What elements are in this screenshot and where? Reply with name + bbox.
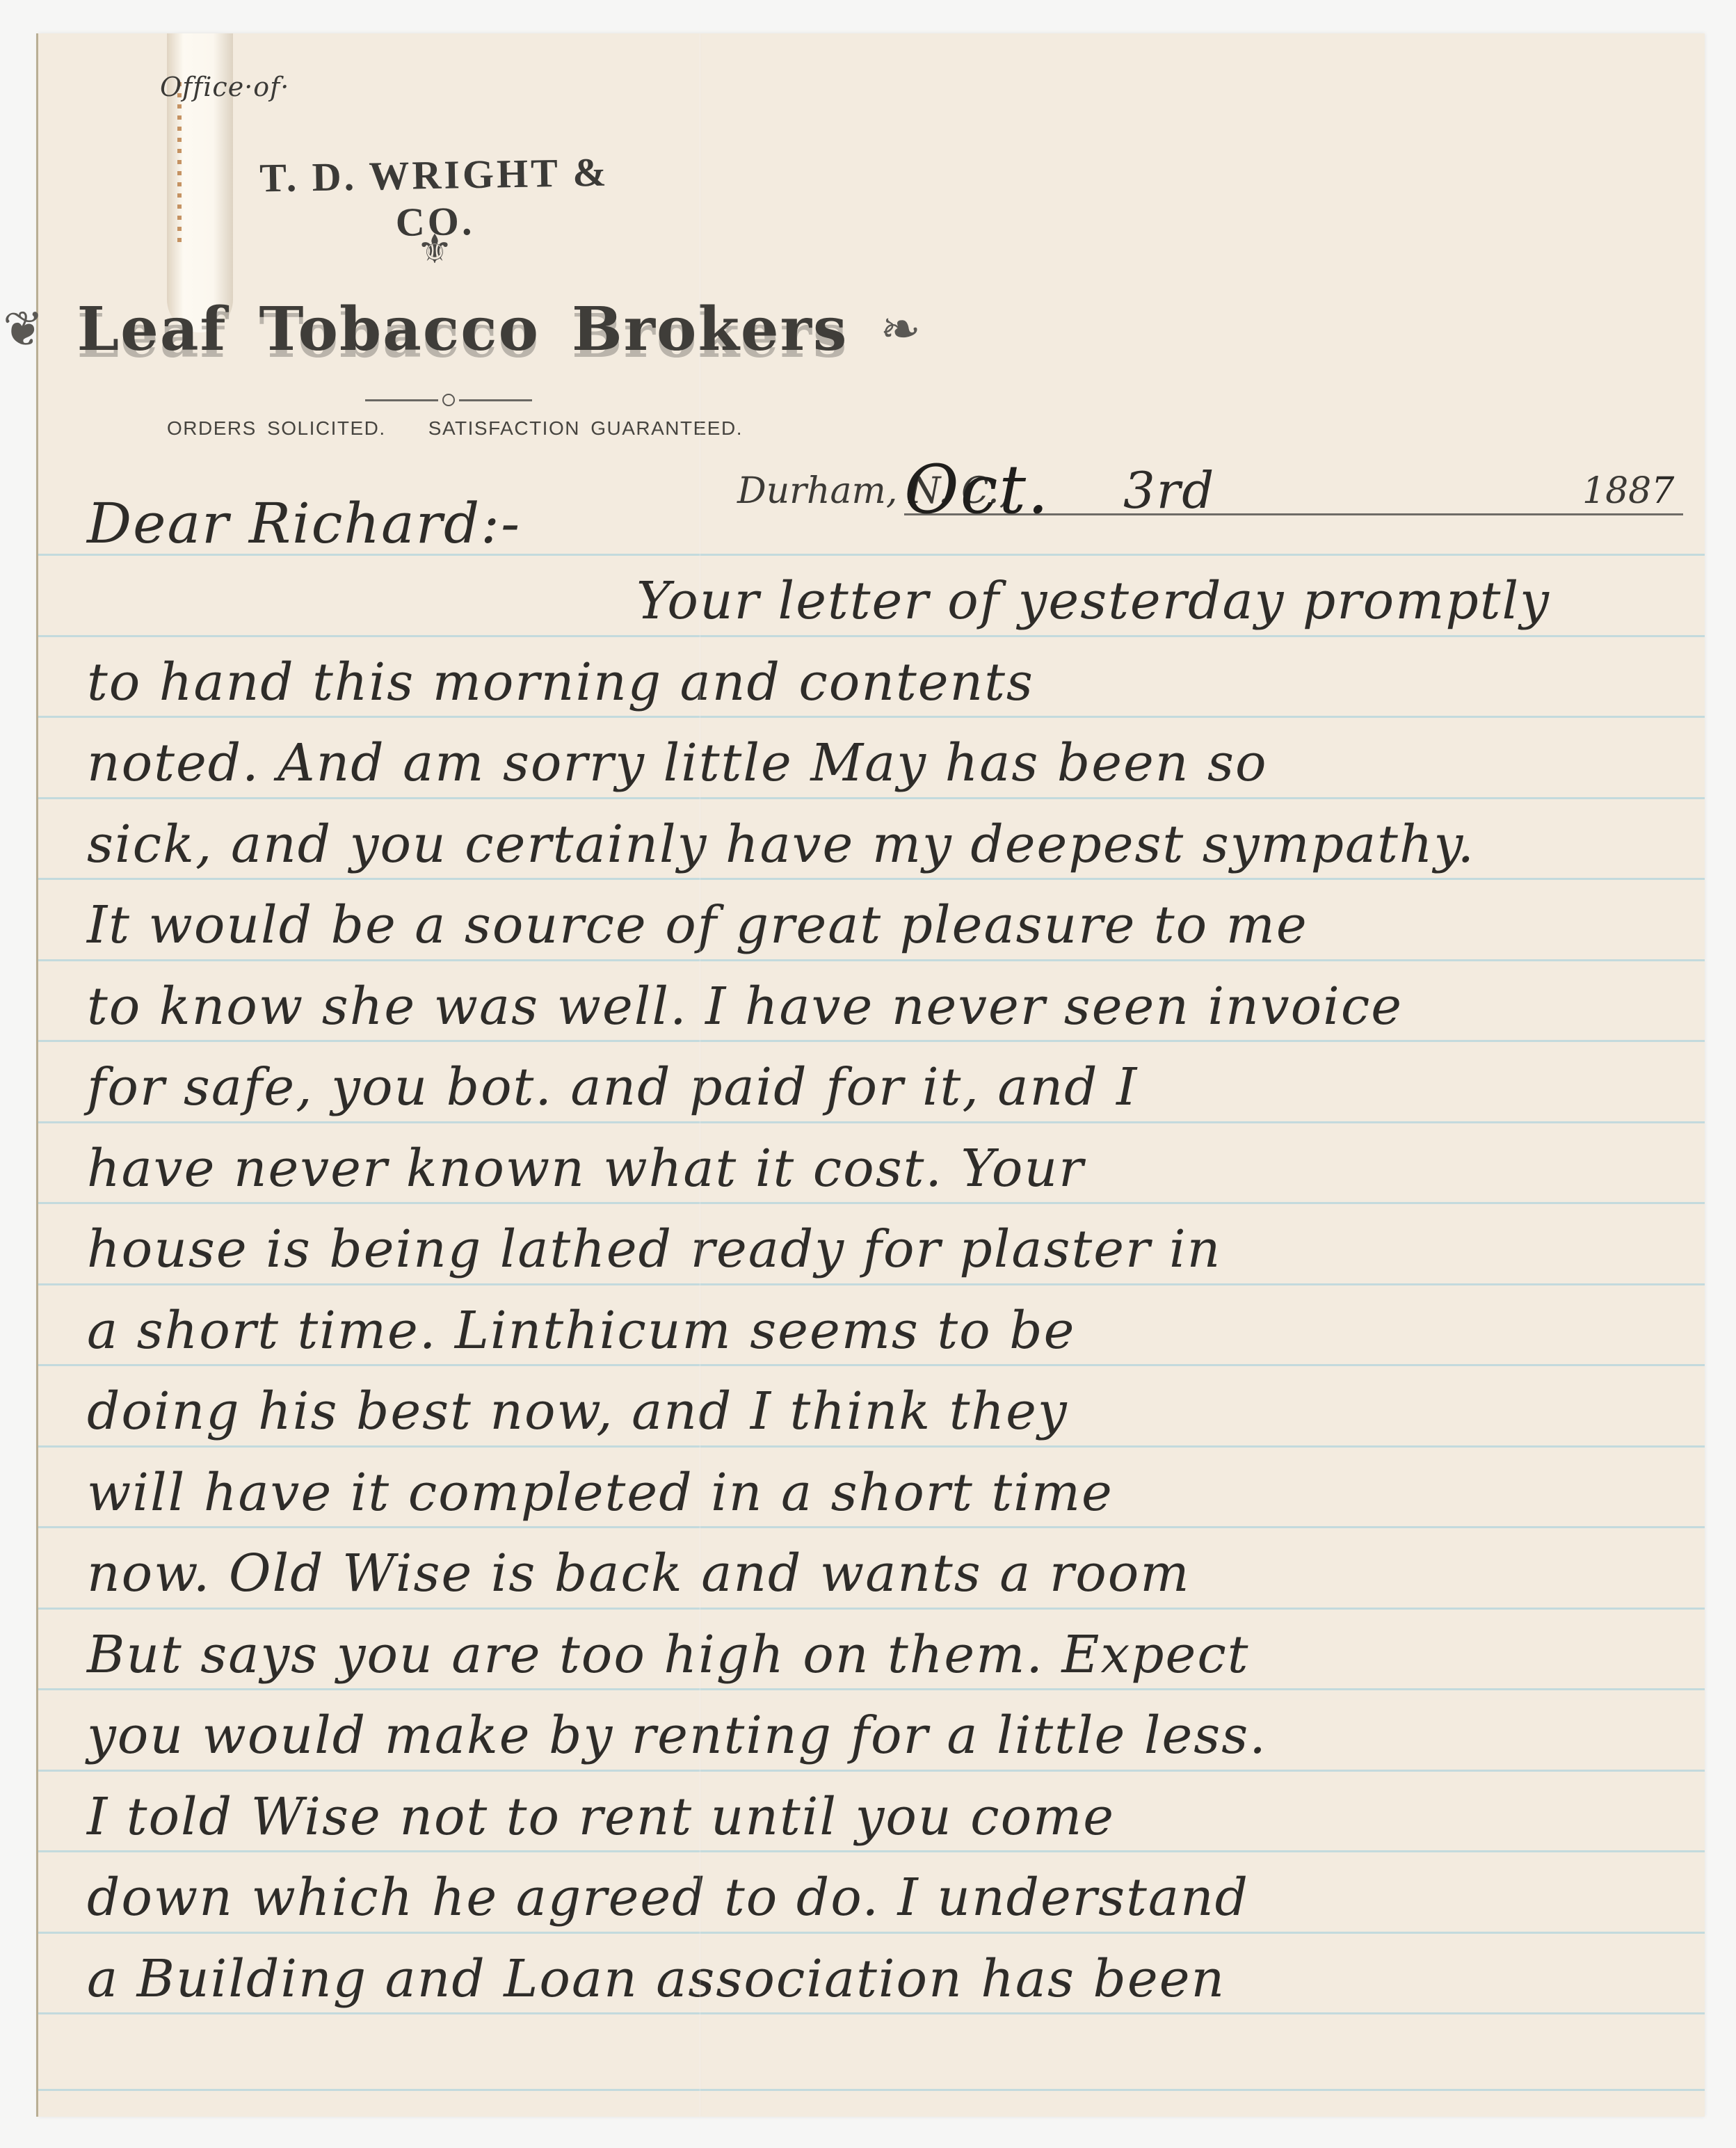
rule-line xyxy=(38,1364,1705,1366)
rule-line xyxy=(38,1770,1705,1772)
rule-line xyxy=(38,1121,1705,1123)
rule-line xyxy=(38,1688,1705,1690)
date-day: 3rd xyxy=(1123,461,1215,520)
letter-line: to hand this morning and contents xyxy=(87,652,1034,712)
rule-line xyxy=(38,1283,1705,1285)
tobacco-plant-ornament-icon: ⚜ xyxy=(389,221,480,277)
letter-line: for safe, you bot. and paid for it, and … xyxy=(87,1057,1138,1117)
rule-line xyxy=(38,1202,1705,1204)
letter-line: a Building and Loan association has been xyxy=(87,1949,1225,2009)
letter-line: have never known what it cost. Your xyxy=(87,1139,1084,1199)
salutation: Dear Richard:- xyxy=(87,491,521,556)
office-of-label: Office·of· xyxy=(160,72,289,102)
rule-line xyxy=(38,1850,1705,1852)
letter-line: house is being lathed ready for plaster … xyxy=(87,1219,1221,1279)
rule-line xyxy=(38,635,1705,637)
rule-line xyxy=(38,1932,1705,1934)
rule-line xyxy=(38,2089,1705,2091)
year-underline xyxy=(1617,513,1683,515)
rule-line xyxy=(38,716,1705,718)
letter-line: you would make by renting for a little l… xyxy=(87,1706,1267,1765)
business-word-leaf: Leaf xyxy=(77,294,227,364)
date-year: 1887 xyxy=(1582,470,1675,512)
business-word-tobacco: Tobacco xyxy=(259,294,540,364)
rule-line xyxy=(38,878,1705,880)
business-title: ❦ Leaf Tobacco Brokers ❧ xyxy=(101,287,824,371)
letter-sheet: Office·of· T. D. WRIGHT & CO. ⚜ ❦ Leaf T… xyxy=(38,33,1705,2117)
rule-line xyxy=(38,1445,1705,1448)
rule-line xyxy=(38,959,1705,961)
flourish-left-icon: ❦ xyxy=(3,300,45,358)
ornamental-divider xyxy=(365,395,532,405)
letter-line: now. Old Wise is back and wants a room xyxy=(87,1544,1191,1603)
date-month: Oct. xyxy=(904,451,1050,529)
tagline: ORDERS SOLICITED. SATISFACTION GUARANTEE… xyxy=(167,417,743,440)
rule-line xyxy=(38,1608,1705,1610)
letter-line: doing his best now, and I think they xyxy=(87,1381,1068,1441)
rule-line xyxy=(38,1040,1705,1042)
letter-line: I told Wise not to rent until you come xyxy=(87,1787,1115,1847)
letter-line: a short time. Linthicum seems to be xyxy=(87,1301,1075,1361)
rule-line xyxy=(38,797,1705,799)
letter-line: noted. And am sorry little May has been … xyxy=(87,733,1268,793)
flourish-right-icon: ❧ xyxy=(880,300,922,358)
letter-line: But says you are too high on them. Expec… xyxy=(87,1625,1250,1685)
letter-line: down which he agreed to do. I understand xyxy=(87,1868,1249,1927)
rule-line xyxy=(38,2012,1705,2014)
letter-line: to know she was well. I have never seen … xyxy=(87,977,1403,1036)
letter-line: sick, and you certainly have my deepest … xyxy=(87,815,1475,874)
divider-knot-icon xyxy=(442,394,455,406)
business-word-brokers: Brokers xyxy=(572,294,848,364)
rust-stain xyxy=(177,82,182,249)
letter-line: will have it completed in a short time xyxy=(87,1463,1114,1523)
letter-line: Your letter of yesterday promptly xyxy=(636,571,1550,631)
rule-line xyxy=(38,1526,1705,1528)
letter-line: It would be a source of great pleasure t… xyxy=(87,895,1308,955)
